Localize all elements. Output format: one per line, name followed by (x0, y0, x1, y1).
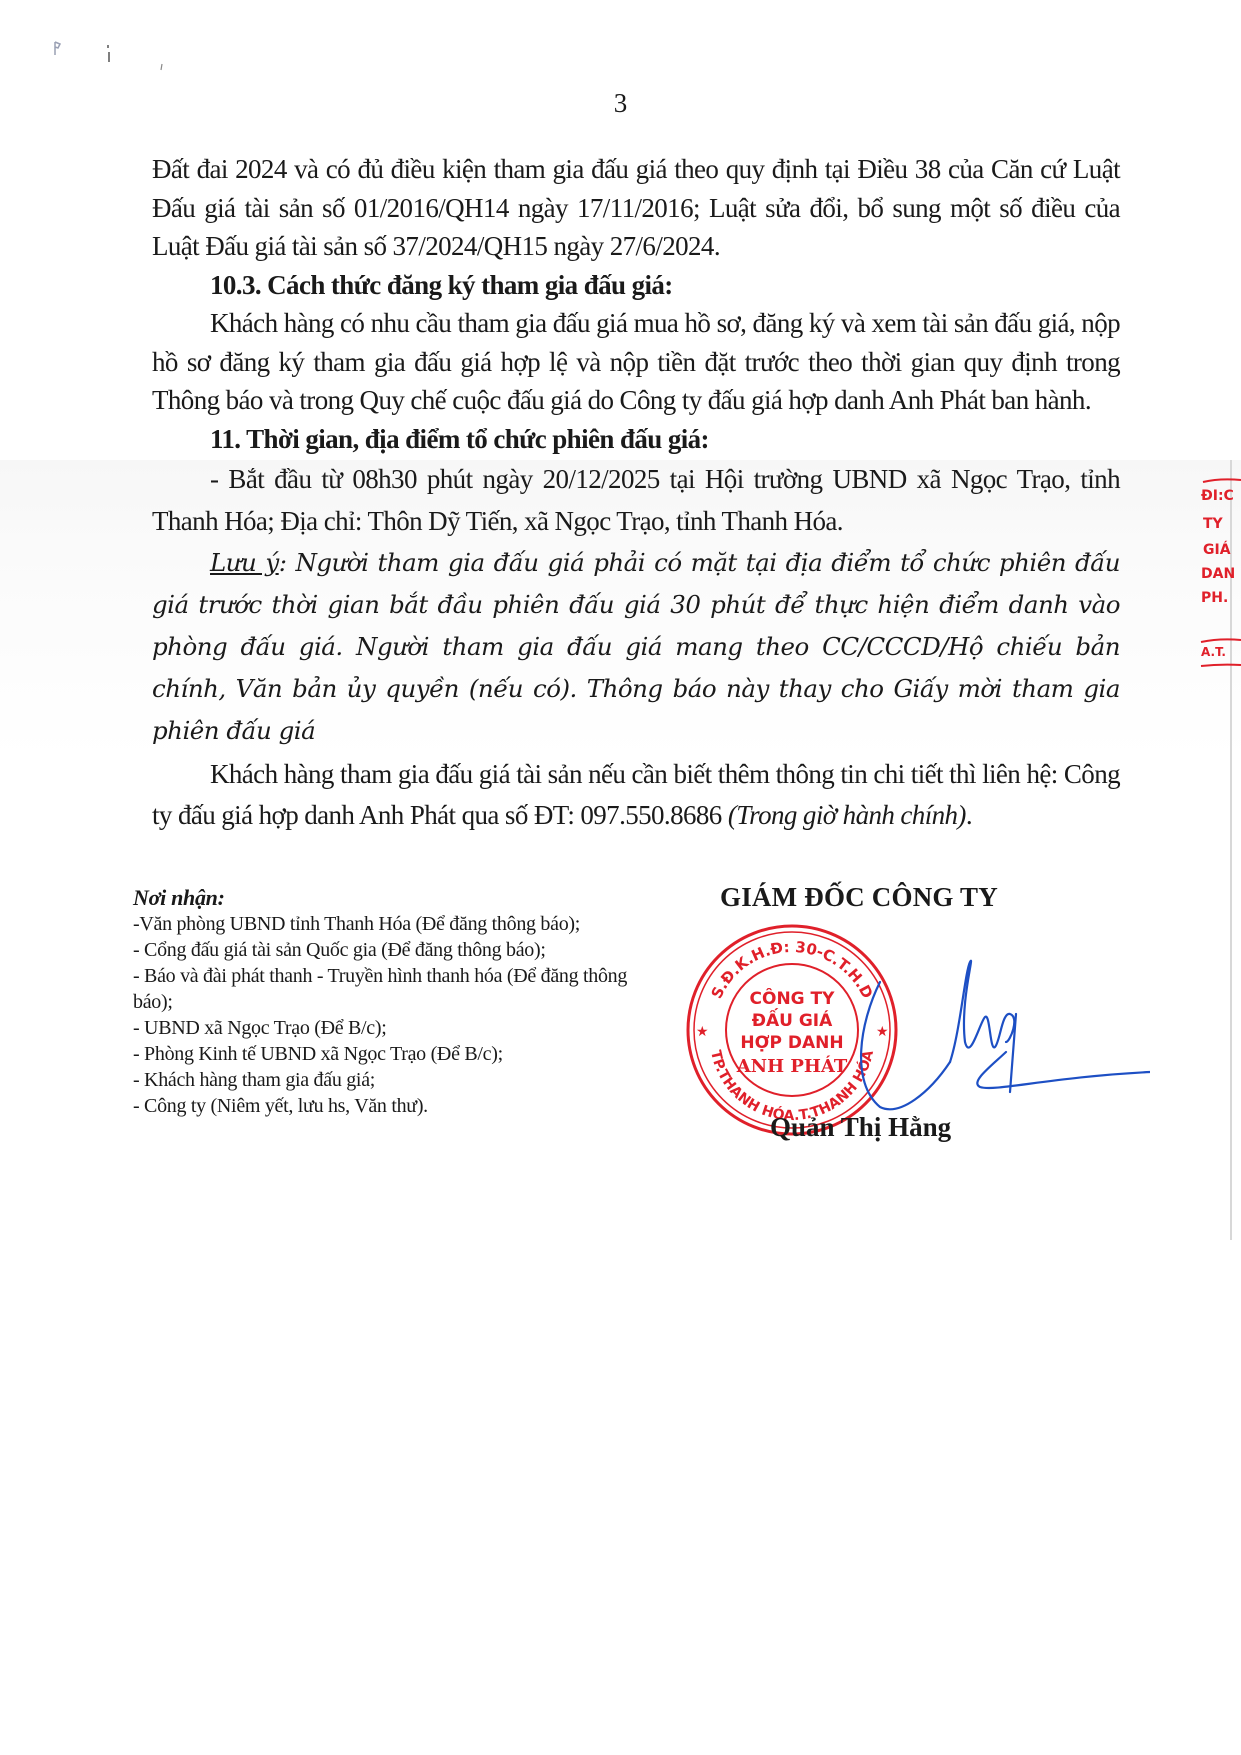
handwritten-signature-icon (820, 942, 1150, 1112)
contact-hours: (Trong giờ hành chính) (728, 800, 966, 830)
svg-text:DAN: DAN (1201, 566, 1235, 582)
signature-title: GIÁM ĐỐC CÔNG TY (720, 882, 998, 913)
svg-text:TY: TY (1203, 516, 1224, 532)
contact-text: Khách hàng tham gia đấu giá tài sản nếu … (152, 759, 1120, 830)
recipient-item: - Công ty (Niêm yết, lưu hs, Văn thư). (133, 1093, 633, 1119)
svg-text:A.T.: A.T. (1201, 645, 1226, 659)
signatory-name: Quản Thị Hằng (770, 1112, 951, 1143)
note-paragraph: Lưu ý: Người tham gia đấu giá phải có mặ… (152, 542, 1120, 752)
svg-text:ĐI:C: ĐI:C (1201, 488, 1234, 504)
recipient-item: - Cổng đấu giá tài sản Quốc gia (Để đăng… (133, 937, 633, 963)
svg-text:GIÁ: GIÁ (1203, 541, 1231, 558)
note-label: Lưu ý (210, 548, 279, 577)
contact-end: . (966, 800, 972, 830)
recipient-item: - Báo và đài phát thanh - Truyền hình th… (133, 963, 633, 1015)
recipient-item: - UBND xã Ngọc Trạo (Để B/c); (133, 1015, 633, 1041)
page-number: 3 (0, 88, 1241, 119)
section-heading-11: 11. Thời gian, địa điểm tổ chức phiên đấ… (152, 420, 1120, 459)
document-body: Đất đai 2024 và có đủ điều kiện tham gia… (152, 150, 1120, 836)
paragraph-continuation: Đất đai 2024 và có đủ điều kiện tham gia… (152, 150, 1120, 266)
note-text: : Người tham gia đấu giá phải có mặt tại… (152, 548, 1120, 745)
recipients-block: Nơi nhận: -Văn phòng UBND tỉnh Thanh Hóa… (133, 885, 633, 1119)
section-body-11: - Bắt đầu từ 08h30 phút ngày 20/12/2025 … (152, 458, 1120, 542)
recipient-item: - Phòng Kinh tế UBND xã Ngọc Trạo (Để B/… (133, 1041, 633, 1067)
recipient-item: -Văn phòng UBND tỉnh Thanh Hóa (Để đăng … (133, 911, 633, 937)
svg-text:PH.: PH. (1201, 590, 1228, 606)
partial-seal-fragment-icon: ĐI:C TY GIÁ DAN PH. A.T. (1195, 470, 1241, 690)
svg-text:★: ★ (696, 1024, 709, 1040)
contact-paragraph: Khách hàng tham gia đấu giá tài sản nếu … (152, 754, 1120, 836)
section-body-10-3: Khách hàng có nhu cầu tham gia đấu giá m… (152, 304, 1120, 420)
section-heading-10-3: 10.3. Cách thức đăng ký tham gia đấu giá… (152, 266, 1120, 305)
recipients-heading: Nơi nhận: (133, 885, 633, 911)
recipient-item: - Khách hàng tham gia đấu giá; (133, 1067, 633, 1093)
